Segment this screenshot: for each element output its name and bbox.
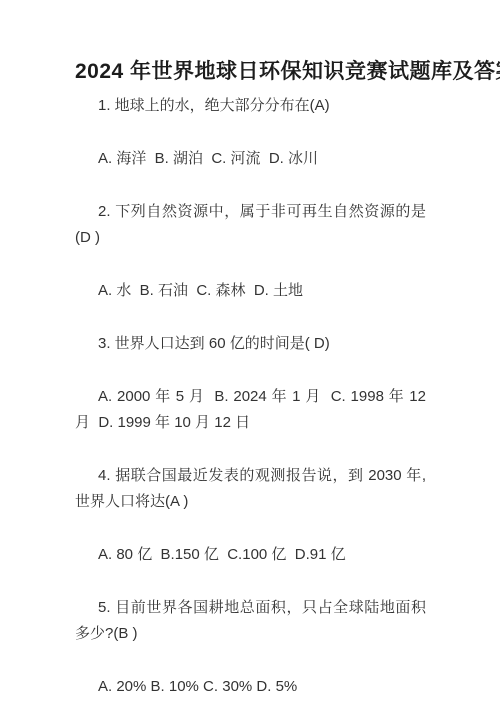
question-block-2: 2. 下列自然资源中，属于非可再生自然资源的是(D ) A. 水 B. 石油 C… [75,199,426,304]
question-text-4: 4. 据联合国最近发表的观测报告说，到 2030 年,世界人口将达(A ) [75,463,426,515]
question-block-1: 1. 地球上的水，绝大部分分布在(A) A. 海洋 B. 湖泊 C. 河流 D.… [75,93,426,172]
question-options-2: A. 水 B. 石油 C. 森林 D. 土地 [75,278,426,304]
question-text-2: 2. 下列自然资源中，属于非可再生自然资源的是(D ) [75,199,426,251]
question-block-5: 5. 目前世界各国耕地总面积，只占全球陆地面积多少?(B ) A. 20% B.… [75,595,426,700]
question-block-3: 3. 世界人口达到 60 亿的时间是( D) A. 2000 年 5 月 B. … [75,331,426,436]
question-text-5: 5. 目前世界各国耕地总面积，只占全球陆地面积多少?(B ) [75,595,426,647]
document-title: 2024 年世界地球日环保知识竞赛试题库及答案 [75,58,426,86]
document-page: 2024 年世界地球日环保知识竞赛试题库及答案 1. 地球上的水，绝大部分分布在… [0,0,500,707]
question-options-4: A. 80 亿 B.150 亿 C.100 亿 D.91 亿 [75,542,426,568]
question-text-1: 1. 地球上的水，绝大部分分布在(A) [75,93,426,119]
question-text-3: 3. 世界人口达到 60 亿的时间是( D) [75,331,426,357]
question-block-4: 4. 据联合国最近发表的观测报告说，到 2030 年,世界人口将达(A ) A.… [75,463,426,568]
question-options-5: A. 20% B. 10% C. 30% D. 5% [75,674,426,700]
question-options-3: A. 2000 年 5 月 B. 2024 年 1 月 C. 1998 年 12… [75,384,426,436]
question-options-1: A. 海洋 B. 湖泊 C. 河流 D. 冰川 [75,146,426,172]
